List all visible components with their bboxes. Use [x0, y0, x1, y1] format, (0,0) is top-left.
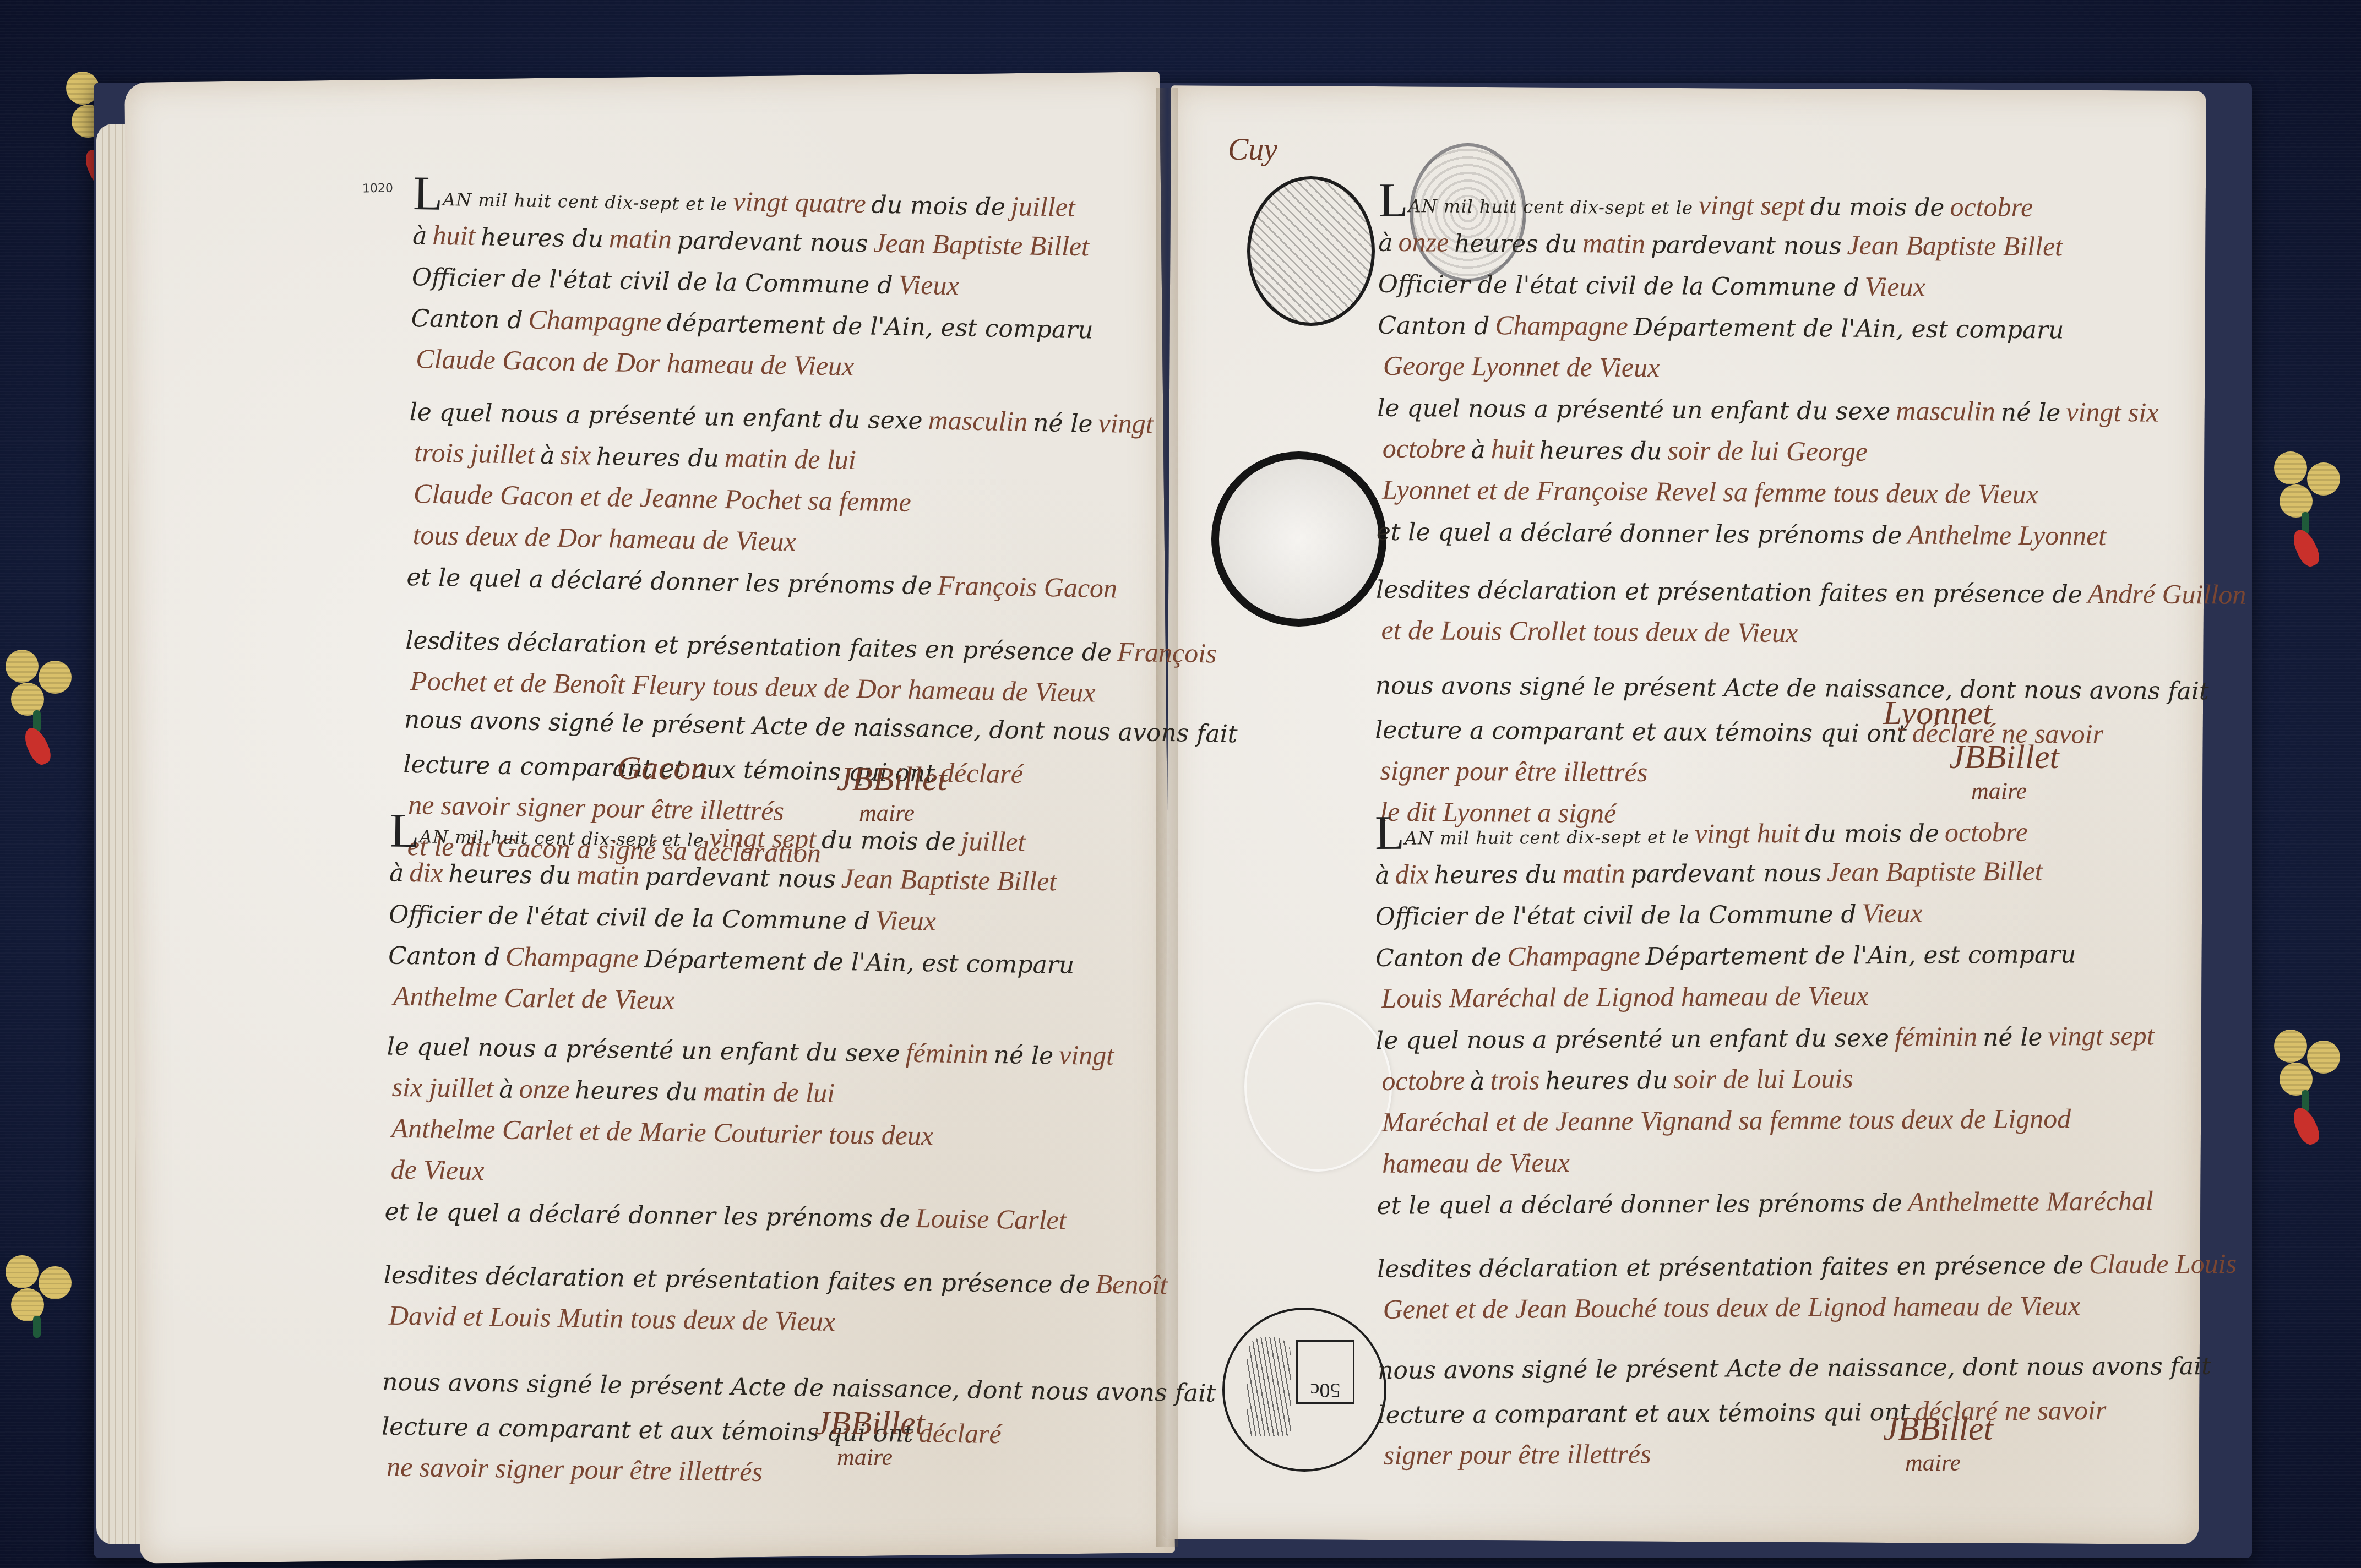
act-line: Canton dChampagneDépartement de l'Ain, e…: [1378, 308, 2204, 355]
act-line: Genet et de Jean Bouché tous deux de Lig…: [1377, 1289, 2203, 1335]
act-line: signer pour être illettrés: [1378, 1435, 2204, 1480]
act-line: lecture a comparant et aux témoins qui o…: [1378, 1393, 2204, 1439]
act-line: Maréchal et de Jeanne Vignand sa femme t…: [1377, 1102, 2202, 1147]
act-line: àdixheures dumatinpardevant nousJean Bap…: [1375, 854, 2201, 900]
act-line: LAN mil huit cent dix-sept et levingt se…: [1379, 184, 2205, 231]
act-line: Louis Maréchal de Lignod hameau de Vieux: [1375, 978, 2201, 1023]
stamp-value: 50c: [1296, 1340, 1354, 1404]
act-line: et le quel a déclaré donner les prénoms …: [1377, 1184, 2202, 1230]
signature-mayor: JBBilletmaire: [815, 1404, 925, 1471]
act-line: àonzeheures dumatinpardevant nousJean Ba…: [1378, 226, 2204, 273]
birth-act-right-top: LAN mil huit cent dix-sept et levingt se…: [1374, 184, 2205, 842]
stamp-50c-icon: 50c: [1222, 1308, 1386, 1472]
act-line: nous avons signé le présent Acte de nais…: [1378, 1352, 2204, 1398]
signature-mayor: JBBilletmaire: [1949, 738, 2059, 805]
act-line: lecture a comparant et aux témoins qui o…: [1375, 713, 2201, 760]
birth-act-right-bottom: LAN mil huit cent dix-sept et levingt hu…: [1375, 813, 2204, 1480]
signature-mayor: JBBilletmaire: [837, 760, 947, 827]
act-line: hameau de Vieux: [1377, 1143, 2202, 1189]
signature-mayor: JBBilletmaire: [1883, 1409, 1993, 1477]
act-line: Canton deChampagneDépartement de l'Ain, …: [1375, 937, 2201, 982]
embroidered-flower-decoration: [0, 650, 83, 771]
act-line: le quel nous a présenté un enfant du sex…: [1376, 1019, 2202, 1065]
ink-seal-icon: [1211, 451, 1386, 627]
act-line: George Lyonnet de Vieux: [1378, 350, 2204, 396]
act-line: Officier de l'état civil de la Commune d…: [1378, 267, 2204, 314]
act-line: octobreàtroisheures dusoir de lui Louis: [1376, 1060, 2202, 1106]
act-line: signer pour être illettrés: [1374, 754, 2200, 801]
act-line: et de Louis Crollet tous deux de Vieux: [1375, 614, 2201, 661]
embroidered-flower-decoration: [2268, 451, 2351, 573]
act-line: nous avons signé le présent Acte de nais…: [1375, 672, 2201, 718]
act-line: le quel nous a présenté un enfant du sex…: [1377, 391, 2203, 438]
act-line: lesdites déclaration et présentation fai…: [1377, 1248, 2203, 1293]
act-line: LAN mil huit cent dix-sept et levingt hu…: [1375, 813, 2201, 858]
tax-stamp-seal-icon: [1247, 176, 1375, 326]
embroidered-flower-decoration: [0, 1255, 83, 1376]
act-line: Officier de l'état civil de la Commune d…: [1375, 895, 2201, 941]
embroidered-flower-decoration: [2268, 1030, 2351, 1151]
birth-act-left-top: LAN mil huit cent dix-sept et levingt qu…: [401, 177, 1239, 885]
allegorical-figure-icon: [1247, 1337, 1291, 1436]
embossed-seal-icon: [1244, 1002, 1392, 1172]
birth-act-left-bottom: LAN mil huit cent dix-sept et levingt se…: [380, 815, 1216, 1504]
margin-note: Cuy: [1228, 132, 1277, 167]
signature-witness: Gacon: [617, 749, 708, 788]
act-line: Lyonnet et de Françoise Revel sa femme t…: [1377, 473, 2202, 520]
page-number: 1020: [362, 182, 393, 196]
signature-father: Lyonnet: [1883, 694, 1992, 733]
act-line: lesdites déclaration et présentation fai…: [1376, 573, 2202, 619]
act-line: octobreàhuitheures dusoir de lui George: [1377, 432, 2202, 479]
act-line: et le quel a déclaré donner les prénoms …: [1376, 515, 2202, 562]
